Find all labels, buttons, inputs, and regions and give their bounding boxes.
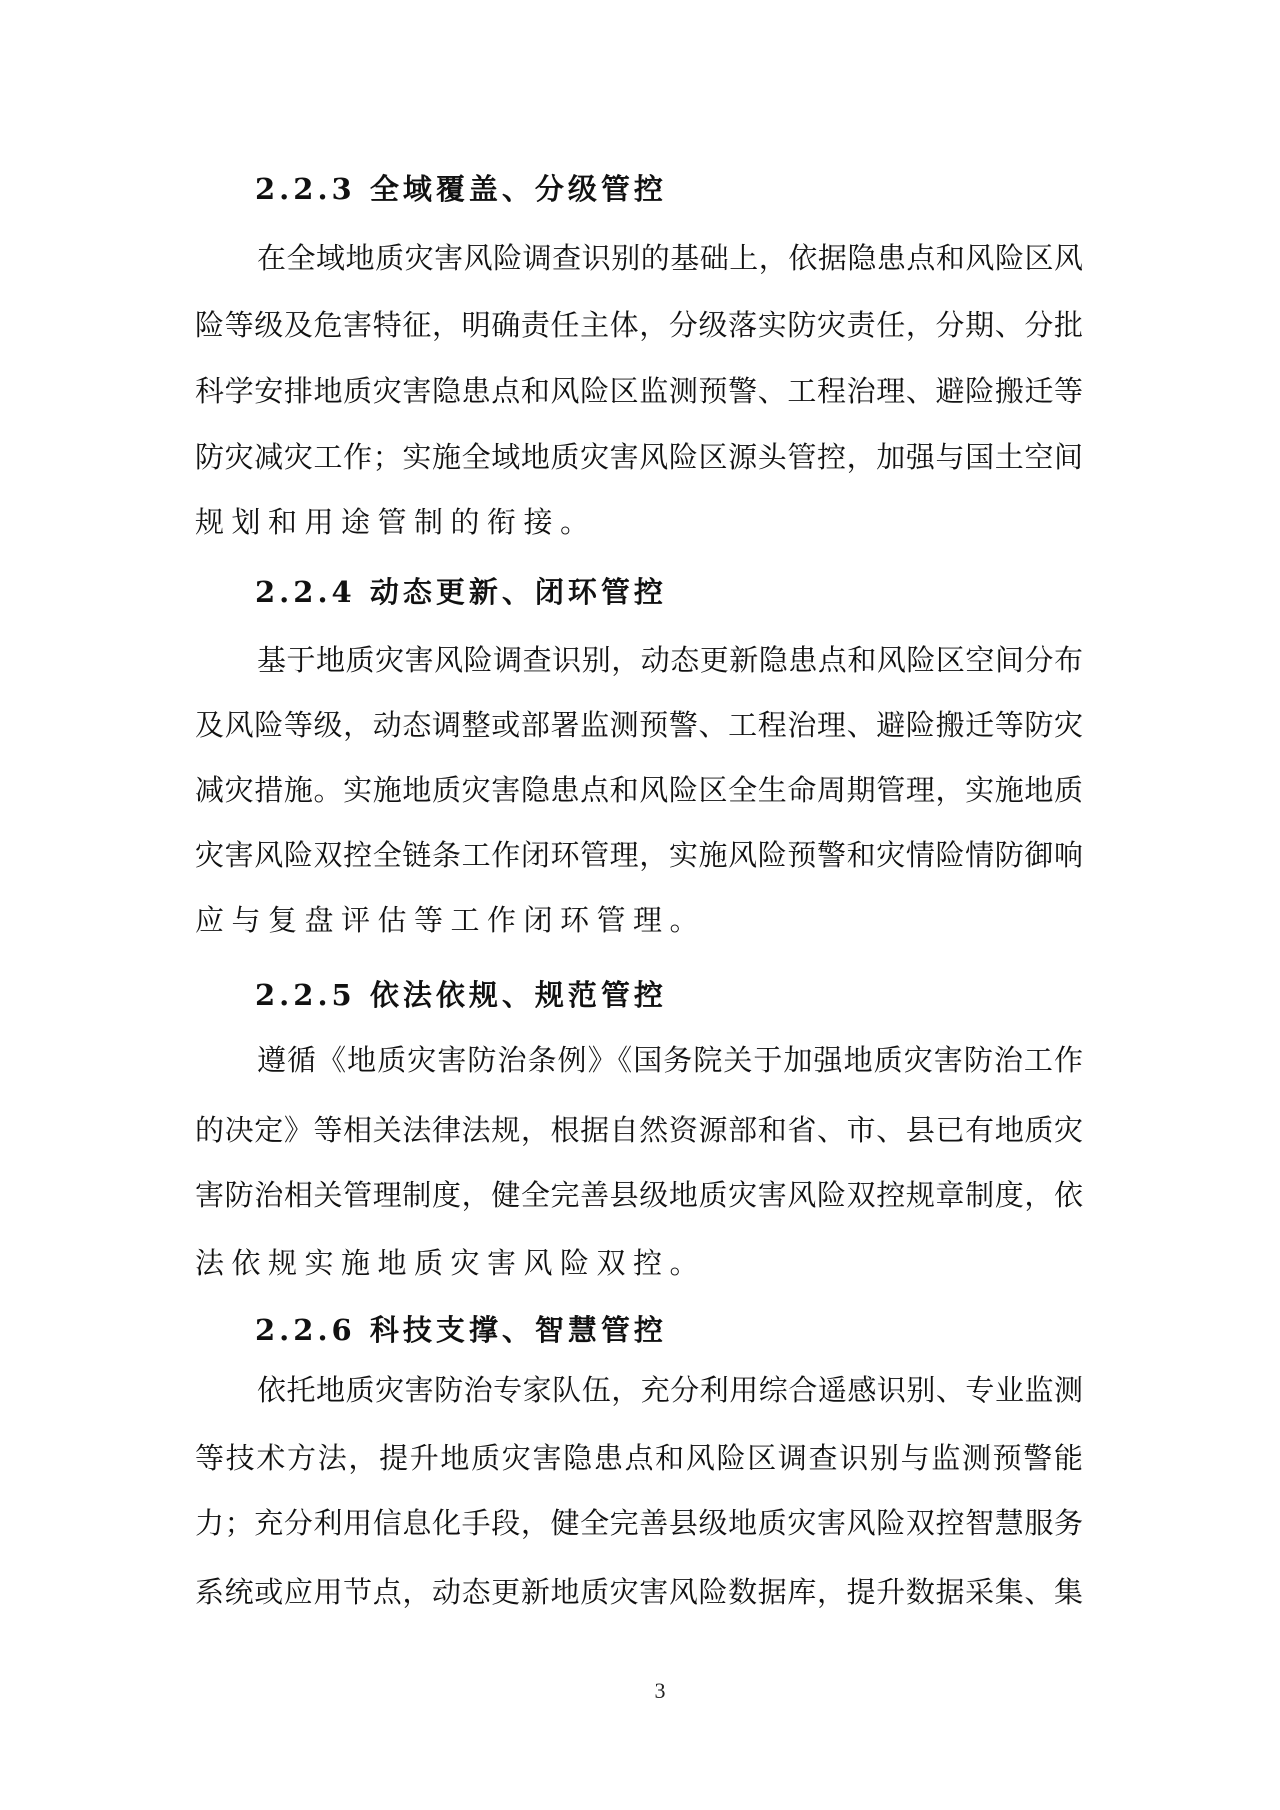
paragraph-line: 的决定》等相关法律法规，根据自然资源部和省、市、县已有地质灾 bbox=[195, 1110, 1083, 1150]
paragraph-line: 及风险等级，动态调整或部署监测预警、工程治理、避险搬迁等防灾 bbox=[195, 705, 1083, 745]
paragraph-line: 防灾减灾工作；实施全域地质灾害风险区源头管控，加强与国土空间 bbox=[195, 437, 1083, 477]
paragraph-line: 遵循《地质灾害防治条例》《国务院关于加强地质灾害防治工作 bbox=[257, 1040, 1083, 1080]
section-heading-2-2-5: 2.2.5 依法依规、规范管控 bbox=[255, 975, 667, 1015]
page-number: 3 bbox=[640, 1676, 680, 1706]
paragraph-line: 法依规实施地质灾害风险双控。 bbox=[195, 1243, 1083, 1283]
document-page: 2.2.3 全域覆盖、分级管控 在全域地质灾害风险调查识别的基础上，依据隐患点和… bbox=[0, 0, 1280, 1810]
paragraph-line: 在全域地质灾害风险调查识别的基础上，依据隐患点和风险区风 bbox=[257, 238, 1083, 278]
paragraph-line: 险等级及危害特征，明确责任主体，分级落实防灾责任，分期、分批 bbox=[195, 305, 1083, 345]
paragraph-line: 应与复盘评估等工作闭环管理。 bbox=[195, 900, 1083, 940]
paragraph-line: 依托地质灾害防治专家队伍，充分利用综合遥感识别、专业监测 bbox=[257, 1370, 1083, 1410]
paragraph-line: 基于地质灾害风险调查识别，动态更新隐患点和风险区空间分布 bbox=[257, 640, 1083, 680]
section-heading-2-2-4: 2.2.4 动态更新、闭环管控 bbox=[255, 572, 667, 612]
paragraph-line: 害防治相关管理制度，健全完善县级地质灾害风险双控规章制度，依 bbox=[195, 1175, 1083, 1215]
section-heading-2-2-6: 2.2.6 科技支撑、智慧管控 bbox=[255, 1310, 667, 1350]
paragraph-line: 力；充分利用信息化手段，健全完善县级地质灾害风险双控智慧服务 bbox=[195, 1503, 1083, 1543]
paragraph-line: 减灾措施。实施地质灾害隐患点和风险区全生命周期管理，实施地质 bbox=[195, 770, 1083, 810]
paragraph-line: 系统或应用节点，动态更新地质灾害风险数据库，提升数据采集、集 bbox=[195, 1572, 1083, 1612]
paragraph-line: 等技术方法，提升地质灾害隐患点和风险区调查识别与监测预警能 bbox=[195, 1438, 1083, 1478]
paragraph-line: 规划和用途管制的衔接。 bbox=[195, 502, 1083, 542]
paragraph-line: 灾害风险双控全链条工作闭环管理，实施风险预警和灾情险情防御响 bbox=[195, 835, 1083, 875]
paragraph-line: 科学安排地质灾害隐患点和风险区监测预警、工程治理、避险搬迁等 bbox=[195, 371, 1083, 411]
section-heading-2-2-3: 2.2.3 全域覆盖、分级管控 bbox=[255, 169, 667, 209]
